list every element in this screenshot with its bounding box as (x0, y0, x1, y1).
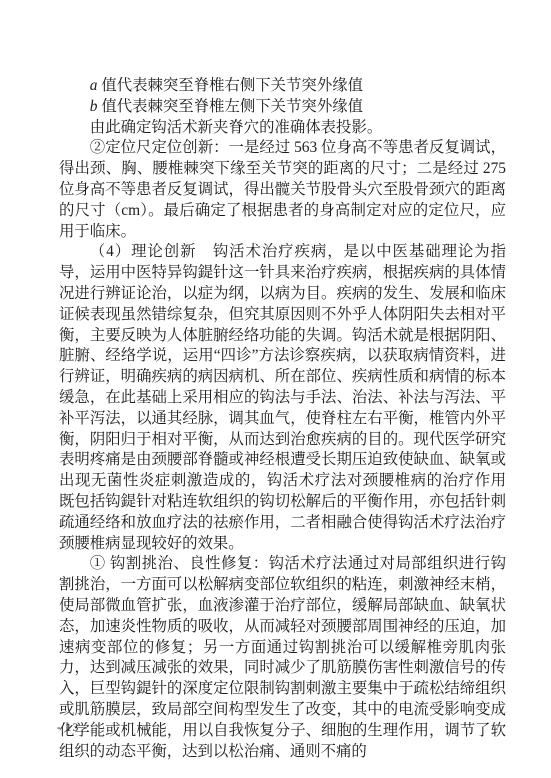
paragraph: a 值代表棘突至脊椎右侧下关节突外缘值 (59, 76, 506, 97)
paragraph: ① 钩割挑治、良性修复：钩活术疗法通过对局部组织进行钩割挑治，一方面可以松解病变… (59, 554, 506, 762)
paragraph: b 值代表棘突至脊椎左侧下关节突外缘值 (59, 97, 506, 118)
italic-variable-label: b (90, 98, 98, 115)
italic-variable-label: a (90, 77, 98, 94)
page-number: - 13 - (57, 720, 88, 736)
paragraph: 由此确定钩活术新夹脊穴的准确体表投影。 (59, 118, 506, 139)
paragraph: （4）理论创新 钩活术治疗疾病，是以中医基础理论为指导，运用中医特异钩鍉针这一针… (59, 242, 506, 554)
text-block: a 值代表棘突至脊椎右侧下关节突外缘值b 值代表棘突至脊椎左侧下关节突外缘值由此… (59, 76, 506, 762)
document-page: a 值代表棘突至脊椎右侧下关节突外缘值b 值代表棘突至脊椎左侧下关节突外缘值由此… (0, 0, 551, 778)
paragraph: ②定位尺定位创新：一是经过 563 位身高不等患者反复调试，得出颈、胸、腰椎棘突… (59, 138, 506, 242)
